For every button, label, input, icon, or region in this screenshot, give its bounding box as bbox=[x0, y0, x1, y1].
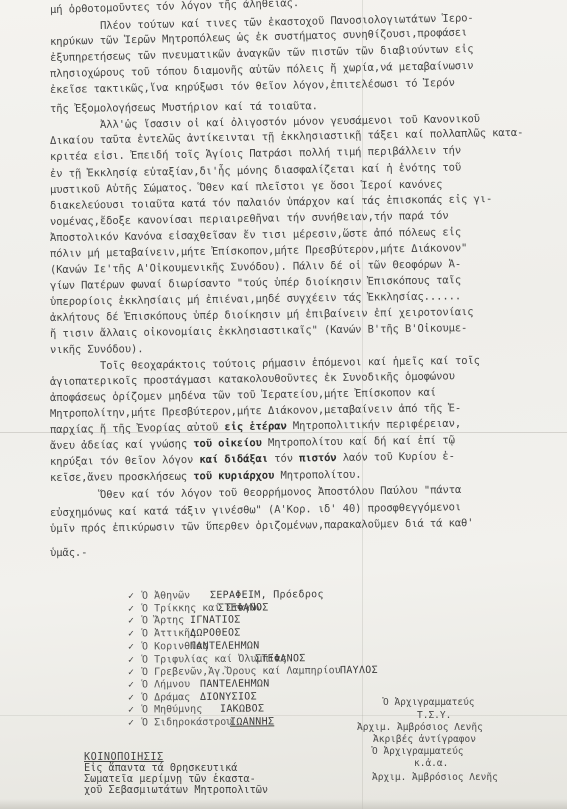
body-text-line: ὑπερορίοις ἐκκλησίαις μή ἐπιέναι,μηδέ συ… bbox=[50, 290, 461, 308]
cc-block: ΚΟΙΝΟΠΟΙΗΣΙΣ Εἰς ἅπαντα τά Θρησκευτικά Σ… bbox=[84, 752, 268, 796]
body-text-line: διακελεύουσι τοιαῦτα κατά τόν παλαιόν ὑπ… bbox=[50, 193, 492, 212]
signatory-see: Ὁ Δράμας bbox=[142, 692, 200, 704]
body-text-line: κηρύξαι τόν θεῖον λόγον καί διδάξαι τόν … bbox=[50, 451, 455, 469]
checkmark-icon: ✓ bbox=[128, 667, 142, 678]
secretary-line: Ὁ Ἀρχιγραμματεύς bbox=[383, 697, 475, 708]
checkmark-icon: ✓ bbox=[128, 591, 142, 602]
body-text-line: ὑμᾶς.- bbox=[50, 547, 87, 559]
signatory-name: ΙΑΚΩΒΟΣ bbox=[220, 704, 264, 715]
signatory-see: Ὁ Τρίκκης καί Σταγῶν bbox=[142, 603, 218, 615]
cc-title: ΚΟΙΝΟΠΟΙΗΣΙΣ bbox=[84, 752, 268, 763]
signatory-row: ✓Ὁ ΜηθύμνηςΙΑΚΩΒΟΣ bbox=[128, 704, 264, 716]
signatory-see: Ὁ Κορινθίας bbox=[142, 641, 190, 652]
body-text-line: Ὅθεν καί τόν λόγον τοῦ θεορρήμονος Ἀποστ… bbox=[100, 483, 461, 500]
page-edge-shadow bbox=[0, 799, 567, 809]
secretary-line: Ἀρχιμ. Ἀμβρόσιος Λενῆς bbox=[357, 722, 483, 733]
signatory-name: ΠΑΥΛΟΣ bbox=[340, 665, 378, 676]
body-text-line: ἐκεῖσε τακτικῶς,ἵνα κηρύξωσι τόν θεῖον λ… bbox=[50, 77, 455, 96]
body-text-line: ἤ τισιν ἄλλαις οἰκονομίαις ἐκκλησιαστικα… bbox=[50, 322, 467, 340]
body-text-line: πόλιν μή μεταβαίνειν,μήτε Ἐπίσκοπον,μήτε… bbox=[50, 242, 467, 260]
checkmark-icon: ✓ bbox=[128, 692, 142, 703]
body-text-line: ἐν τῇ Ἐκκλησίᾳ εὐταξίαν,δι'ἧς μόνης διασ… bbox=[50, 161, 461, 179]
cc-line: Σωματεῖα μερίμνῃ τῶν ἑκαστα- bbox=[84, 774, 268, 785]
body-text-line: ἁγιοπατερικοῖς προστάγμασι κατακολουθοῦν… bbox=[50, 370, 455, 388]
signatory-row: ✓Ὁ ΣιδηροκάστρουΙΩΑΝΝΗΣ bbox=[128, 716, 274, 728]
paper-fold-line bbox=[0, 715, 567, 716]
signatory-see: Ὁ Ἀττικῆς bbox=[142, 628, 190, 639]
signatory-row: ✓Ὁ ἈθηνῶνΣΕΡΑΦΕΙΜ, Πρόεδρος bbox=[128, 589, 324, 602]
body-text-line: γίων Πατέρων φωναί διωρίσαντο "τούς ὑπέρ… bbox=[50, 274, 461, 292]
signatory-row: ✓Ὁ ΛήμνουΠΑΝΤΕΛΕΗΜΩΝ bbox=[128, 678, 270, 690]
checkmark-icon: ✓ bbox=[128, 705, 142, 716]
body-text-line: ἀποφάσεως ὁρίζομεν μηδένα τῶν τοῦ Ἱερατε… bbox=[50, 387, 436, 404]
signatory-see: Ὁ Σιδηροκάστρου bbox=[142, 717, 230, 729]
signatory-see: Ὁ Τριφυλίας καί Ὀλυμπίας bbox=[142, 653, 255, 665]
body-text-line: (Κανών Ιε'τῆς Α'Οἰκουμενικῆς Συνόδου). Π… bbox=[50, 258, 461, 276]
body-text-line: μυστικοῦ Αὐτῆς Σώματος. Ὅθεν καί πλεῖστο… bbox=[50, 178, 443, 195]
signatory-name: ΠΑΝΤΕΛΕΗΜΩΝ bbox=[190, 640, 260, 652]
signatory-row: ✓Ὁ Τριφυλίας καί ὈλυμπίαςΣΤΕΦΑΝΟΣ bbox=[128, 653, 306, 666]
checkmark-icon: ✓ bbox=[128, 616, 142, 627]
signatory-name: ΔΩΡΟΘΕΟΣ bbox=[190, 628, 241, 639]
signatory-name: ΔΙΟΝΥΣΙΟΣ bbox=[200, 691, 257, 702]
checkmark-icon: ✓ bbox=[128, 641, 142, 652]
checkmark-icon: ✓ bbox=[128, 718, 142, 729]
secretary-line: κ.ἀ.α. bbox=[414, 758, 448, 769]
secretary-line: Ἀρχιμ. Ἀμβρόσιος Λενῆς bbox=[372, 772, 498, 783]
body-text-line: μή ὀρθοτομοῦντες τόν λόγον τῆς ἀληθείας. bbox=[50, 0, 299, 16]
signatory-row: ✓Ὁ ἌρτηςΙΓΝΑΤΙΟΣ bbox=[128, 615, 241, 627]
signatory-name: ΙΓΝΑΤΙΟΣ bbox=[190, 615, 241, 626]
body-text-line: τῆς Ἐξομολογήσεως Μυστήριον καί τά τοιαῦ… bbox=[50, 100, 318, 115]
signatory-row: ✓Ὁ ΔράμαςΔΙΟΝΥΣΙΟΣ bbox=[128, 691, 257, 703]
body-text-line: ἄνευ ἀδείας καί γνώσης τοῦ οἰκείου Μητρο… bbox=[50, 435, 455, 453]
signatory-name: ΠΑΝΤΕΛΕΗΜΩΝ bbox=[200, 678, 270, 690]
signatory-see: Ὁ Λήμνου bbox=[142, 679, 200, 691]
body-text-line: εὐσχημόνως καί κατά τάξιν γινέσθω" (Α'Κο… bbox=[50, 501, 461, 519]
cc-line: χοῦ Σεβασμιωτάτων Μητροπολιτῶν bbox=[84, 785, 268, 796]
scanned-document-page: μή ὀρθοτομοῦντες τόν λόγον τῆς ἀληθείας.… bbox=[0, 0, 567, 809]
body-text-line: παρχίας ἤ τῆς Ἐνορίας αὐτοῦ εἰς ἑτέραν Μ… bbox=[50, 418, 461, 436]
signatory-row: ✓Ὁ Γρεβενῶν,Ἁγ.Ὄρους καί ΛαμπηρίουΠΑΥΛΟΣ bbox=[128, 665, 378, 678]
checkmark-icon: ✓ bbox=[128, 628, 142, 639]
signatory-row: ✓Ὁ ΚορινθίαςΠΑΝΤΕΛΕΗΜΩΝ bbox=[128, 640, 260, 652]
secretary-line: Τ.Σ.Υ. bbox=[417, 710, 451, 721]
signatory-name: ΣΤΕΦΑΝΟΣ bbox=[255, 653, 306, 664]
signatory-name: ΙΩΑΝΝΗΣ bbox=[230, 716, 274, 727]
signatory-row: ✓Ὁ Τρίκκης καί ΣταγῶνΣΤΕΦΑΝΟΣ bbox=[128, 602, 269, 614]
secretary-line: Ὁ Ἀρχιγραμματεύς bbox=[372, 746, 464, 757]
checkmark-icon: ✓ bbox=[128, 603, 142, 614]
body-text-line: Τοῖς θεοχαράκτοις τούτοις ρήμασιν ἑπόμεν… bbox=[100, 355, 480, 372]
signatory-see: Ὁ Μηθύμνης bbox=[142, 704, 220, 716]
body-text-line: ὑμῖν πρός ἐπικύρωσιν τῶν ὕπερθεν ὁριζομέ… bbox=[50, 517, 474, 535]
signatory-name: ΣΕΡΑΦΕΙΜ, Πρόεδρος bbox=[210, 589, 324, 601]
body-text-line: νομένας,ἔδοξε κανονίσαι περιαιρεθῆναι τή… bbox=[50, 209, 449, 227]
cc-line: Εἰς ἅπαντα τά Θρησκευτικά bbox=[84, 763, 268, 774]
signatory-see: Ὁ Ἀθηνῶν bbox=[142, 590, 210, 602]
checkmark-icon: ✓ bbox=[128, 679, 142, 690]
secretary-line: Ἀκριβές ἀντίγραφον bbox=[373, 734, 476, 745]
body-text-line: Ἀποστολικόν Κανόνα εἰσαχθεῖσαν ἔν τισι μ… bbox=[50, 226, 461, 244]
checkmark-icon: ✓ bbox=[128, 654, 142, 665]
body-text-line: νικῆς Συνόδου). bbox=[50, 343, 144, 356]
signatory-see: Ὁ Ἄρτης bbox=[142, 615, 190, 626]
signatory-name: ΣΤΕΦΑΝΟΣ bbox=[218, 602, 269, 613]
body-text-line: κεῖσε,ἄνευ προσκλήσεως τοῦ κυριάρχου Μητ… bbox=[50, 469, 362, 484]
signatory-row: ✓Ὁ ἈττικῆςΔΩΡΟΘΕΟΣ bbox=[128, 628, 241, 640]
body-text-line: ἀκλήτους δέ Ἐπισκόπους ὑπέρ διοίκησιν μή… bbox=[50, 306, 474, 324]
signatory-see: Ὁ Γρεβενῶν,Ἁγ.Ὄρους καί Λαμπηρίου bbox=[142, 665, 340, 678]
body-text-line: κριτέα εἰσι. Ἐπειδή τοῖς Ἁγίοις Πατράσι … bbox=[50, 145, 461, 163]
